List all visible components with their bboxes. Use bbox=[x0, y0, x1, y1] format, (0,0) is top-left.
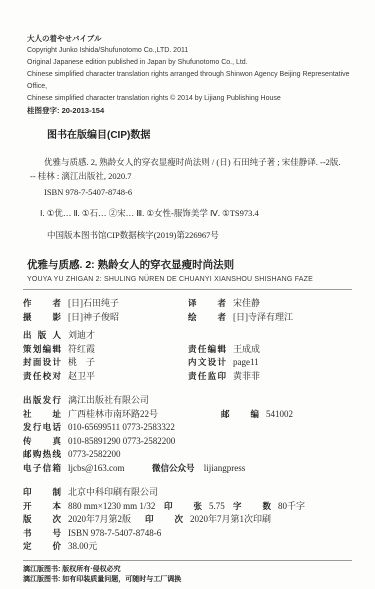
publishing-field-sales-phone: 发行电话010-65699511 0773-2583322 bbox=[23, 421, 175, 435]
printing-field-edition: 版次2020年7月第2版 bbox=[23, 513, 145, 527]
field-label: 版次 bbox=[23, 513, 61, 527]
printing-row-price: 定价38.00元 bbox=[23, 540, 352, 554]
book-title: 优雅与质感. 2: 熟龄女人的穿衣显瘦时尚法则 bbox=[27, 257, 352, 272]
foreign-rights-block: 大人の着やせバイブル Copyright Junko Ishida/Shufun… bbox=[27, 33, 352, 117]
field-label: 微信公众号 bbox=[152, 462, 195, 476]
book-colophon-page: 大人の着やせバイブル Copyright Junko Ishida/Shufun… bbox=[0, 0, 375, 589]
field-label: 邮购热线 bbox=[23, 448, 61, 462]
publishing-field-publisher: 出版发行漓江出版社有限公司 bbox=[23, 394, 149, 408]
field-label: 译者 bbox=[188, 297, 226, 311]
field-label: 书号 bbox=[23, 527, 61, 541]
field-value: 880 mm×1230 mm 1/32 bbox=[68, 501, 155, 511]
copyright-line-4: Chinese simplified character translation… bbox=[27, 93, 352, 105]
credit-field-interior-design: 内文设计page11 bbox=[188, 356, 259, 370]
cip-record-line-1: 优雅与质感. 2, 熟龄女人的穿衣显瘦时尚法则 / (日) 石田纯子著 ; 宋佳… bbox=[44, 157, 341, 167]
publishing-field-postcode: 邮编541002 bbox=[188, 408, 293, 422]
field-value: 541002 bbox=[266, 409, 293, 419]
field-value: 符红霞 bbox=[68, 344, 95, 354]
colophon-info: 作者[日]石田纯子 译者宋佳静 摄影[日]神子俊昭 绘者[日]寺泽有理江 出版人… bbox=[23, 297, 352, 554]
field-value: 桃 子 bbox=[68, 357, 95, 367]
field-label: 责任校对 bbox=[23, 370, 61, 384]
publishing-field-email: 电子信箱ljcbs@163.com bbox=[23, 462, 152, 476]
printing-field-format: 开本880 mm×1230 mm 1/32 bbox=[23, 500, 164, 514]
field-label: 出版发行 bbox=[23, 394, 61, 408]
footer-notices: 漓江版图书: 版权所有·侵权必究 漓江版图书: 如有印装质量问题，可随时与工厂调… bbox=[23, 565, 352, 585]
field-value: 王成成 bbox=[233, 344, 260, 354]
field-value: 0773-2582200 bbox=[68, 449, 121, 459]
field-label: 邮编 bbox=[221, 408, 259, 422]
field-label: 作者 bbox=[23, 297, 61, 311]
footer-notice-1: 漓江版图书: 版权所有·侵权必究 bbox=[23, 565, 352, 575]
copyright-line-1: Copyright Junko Ishida/Shufunotomo Co.,L… bbox=[27, 45, 352, 57]
credit-field-illustrator: 绘者[日]寺泽有理江 bbox=[188, 311, 293, 325]
printing-field-words: 字数80千字 bbox=[233, 500, 305, 514]
field-value: 漓江出版社有限公司 bbox=[68, 395, 149, 405]
credit-row-editors: 策划编辑符红霞 责任编辑王成成 bbox=[23, 343, 352, 357]
title-divider bbox=[23, 289, 352, 290]
field-label: 字数 bbox=[233, 500, 271, 514]
publishing-field-mail-order: 邮购热线0773-2582200 bbox=[23, 448, 121, 462]
field-label: 印制 bbox=[23, 486, 61, 500]
cip-classification: Ⅰ. ①优… Ⅱ. ①石… ②宋… Ⅲ. ①女性-服饰美学 Ⅳ. ①TS973.… bbox=[40, 207, 352, 219]
field-value: [日]石田纯子 bbox=[68, 298, 119, 308]
field-value: [日]寺泽有理江 bbox=[233, 312, 293, 322]
printing-field-book-number: 书号ISBN 978-7-5407-8748-6 bbox=[23, 527, 161, 541]
credit-field-planning-editor: 策划编辑符红霞 bbox=[23, 343, 188, 357]
cip-isbn: ISBN 978-7-5407-8748-6 bbox=[44, 187, 352, 197]
field-value: 宋佳静 bbox=[233, 298, 260, 308]
printing-row-book-number: 书号ISBN 978-7-5407-8748-6 bbox=[23, 527, 352, 541]
field-value: 北京中科印刷有限公司 bbox=[68, 487, 158, 497]
field-value: 010-65699511 0773-2583322 bbox=[68, 422, 175, 432]
cip-record-number: 中国版本图书馆CIP数据核字(2019)第226967号 bbox=[47, 229, 352, 241]
printing-field-sheets: 印张5.75 bbox=[164, 500, 233, 514]
field-label: 出版人 bbox=[23, 329, 61, 343]
credit-row-publisher-person: 出版人刘迪才 bbox=[23, 329, 352, 343]
credit-field-author: 作者[日]石田纯子 bbox=[23, 297, 188, 311]
publishing-field-fax: 传真010-85891290 0773-2582200 bbox=[23, 435, 175, 449]
field-value: 80千字 bbox=[278, 501, 305, 511]
printing-field-price: 定价38.00元 bbox=[23, 540, 97, 554]
registration-number: 桂图登字: 20-2013-154 bbox=[27, 105, 352, 117]
field-value: 赵卫平 bbox=[68, 371, 95, 381]
cip-record-line-2: -- 桂林 : 漓江出版社, 2020.7 bbox=[30, 171, 132, 181]
credit-row-author: 作者[日]石田纯子 译者宋佳静 bbox=[23, 297, 352, 311]
field-value: 5.75 bbox=[209, 501, 225, 511]
field-value: lijiangpress bbox=[204, 463, 246, 473]
field-value: 2020年7月第2版 bbox=[68, 514, 131, 524]
credit-row-design: 封面设计桃 子 内文设计page11 bbox=[23, 356, 352, 370]
copyright-line-2: Original Japanese edition published in J… bbox=[27, 57, 352, 69]
printing-row-edition: 版次2020年7月第2版 印次2020年7月第1次印刷 bbox=[23, 513, 352, 527]
printing-field-printer: 印制北京中科印刷有限公司 bbox=[23, 486, 158, 500]
credit-field-executive-editor: 责任编辑王成成 bbox=[188, 343, 260, 357]
field-label: 摄影 bbox=[23, 311, 61, 325]
field-label: 责任监印 bbox=[188, 370, 226, 384]
field-value: 010-85891290 0773-2582200 bbox=[68, 436, 175, 446]
footer-notice-2: 漓江版图书: 如有印装质量问题，可随时与工厂调换 bbox=[23, 575, 352, 585]
field-value: ISBN 978-7-5407-8748-6 bbox=[68, 528, 161, 538]
publishing-field-address: 社址广西桂林市南环路22号 bbox=[23, 408, 188, 422]
publishing-row-publisher: 出版发行漓江出版社有限公司 bbox=[23, 394, 352, 408]
credit-row-photographer: 摄影[日]神子俊昭 绘者[日]寺泽有理江 bbox=[23, 311, 352, 325]
cip-record: 优雅与质感. 2, 熟龄女人的穿衣显瘦时尚法则 / (日) 石田纯子著 ; 宋佳… bbox=[30, 155, 352, 183]
printing-field-impression: 印次2020年7月第1次印刷 bbox=[145, 513, 271, 527]
credit-field-photographer: 摄影[日]神子俊昭 bbox=[23, 311, 188, 325]
publishing-row-mail-order: 邮购热线0773-2582200 bbox=[23, 448, 352, 462]
field-label: 印张 bbox=[164, 500, 202, 514]
field-label: 内文设计 bbox=[188, 356, 226, 370]
credit-field-publisher-person: 出版人刘迪才 bbox=[23, 329, 188, 343]
credit-field-cover-design: 封面设计桃 子 bbox=[23, 356, 188, 370]
field-value: 广西桂林市南环路22号 bbox=[68, 409, 158, 419]
field-value: ljcbs@163.com bbox=[68, 463, 125, 473]
field-label: 社址 bbox=[23, 408, 61, 422]
title-block: 优雅与质感. 2: 熟龄女人的穿衣显瘦时尚法则 YOUYA YU ZHIGAN … bbox=[23, 257, 352, 283]
field-value: 刘迪才 bbox=[68, 330, 95, 340]
field-label: 定价 bbox=[23, 540, 61, 554]
field-label: 封面设计 bbox=[23, 356, 61, 370]
field-value: 38.00元 bbox=[68, 541, 97, 551]
field-label: 策划编辑 bbox=[23, 343, 61, 357]
credit-field-proofreader: 责任校对赵卫平 bbox=[23, 370, 188, 384]
credit-field-translator: 译者宋佳静 bbox=[188, 297, 260, 311]
footer-divider bbox=[23, 560, 352, 561]
cip-block: 图书在版编目(CIP)数据 优雅与质感. 2, 熟龄女人的穿衣显瘦时尚法则 / … bbox=[23, 126, 352, 241]
credit-row-proof: 责任校对赵卫平 责任监印黄菲菲 bbox=[23, 370, 352, 384]
copyright-line-3: Chinese simplified character translation… bbox=[27, 69, 352, 93]
jp-original-title: 大人の着やせバイブル bbox=[27, 33, 352, 45]
cip-heading: 图书在版编目(CIP)数据 bbox=[47, 126, 352, 141]
field-label: 责任编辑 bbox=[188, 343, 226, 357]
field-label: 绘者 bbox=[188, 311, 226, 325]
publishing-row-fax: 传真010-85891290 0773-2582200 bbox=[23, 435, 352, 449]
field-label: 开本 bbox=[23, 500, 61, 514]
publishing-row-sales-phone: 发行电话010-65699511 0773-2583322 bbox=[23, 421, 352, 435]
field-value: [日]神子俊昭 bbox=[68, 312, 119, 322]
publishing-field-wechat: 微信公众号 lijiangpress bbox=[152, 462, 245, 476]
publishing-row-email: 电子信箱ljcbs@163.com 微信公众号 lijiangpress bbox=[23, 462, 352, 476]
publishing-row-address: 社址广西桂林市南环路22号 邮编541002 bbox=[23, 408, 352, 422]
field-label: 印次 bbox=[145, 513, 183, 527]
printing-row-format: 开本880 mm×1230 mm 1/32 印张5.75 字数80千字 bbox=[23, 500, 352, 514]
credit-field-print-supervisor: 责任监印黄菲菲 bbox=[188, 370, 260, 384]
field-value: 2020年7月第1次印刷 bbox=[190, 514, 271, 524]
field-label: 发行电话 bbox=[23, 421, 61, 435]
printing-row-printer: 印制北京中科印刷有限公司 bbox=[23, 486, 352, 500]
field-label: 传真 bbox=[23, 435, 61, 449]
field-value: page11 bbox=[233, 357, 259, 367]
book-title-pinyin: YOUYA YU ZHIGAN 2: SHULING NÜREN DE CHUA… bbox=[27, 276, 352, 283]
field-value: 黄菲菲 bbox=[233, 371, 260, 381]
field-label: 电子信箱 bbox=[23, 462, 61, 476]
